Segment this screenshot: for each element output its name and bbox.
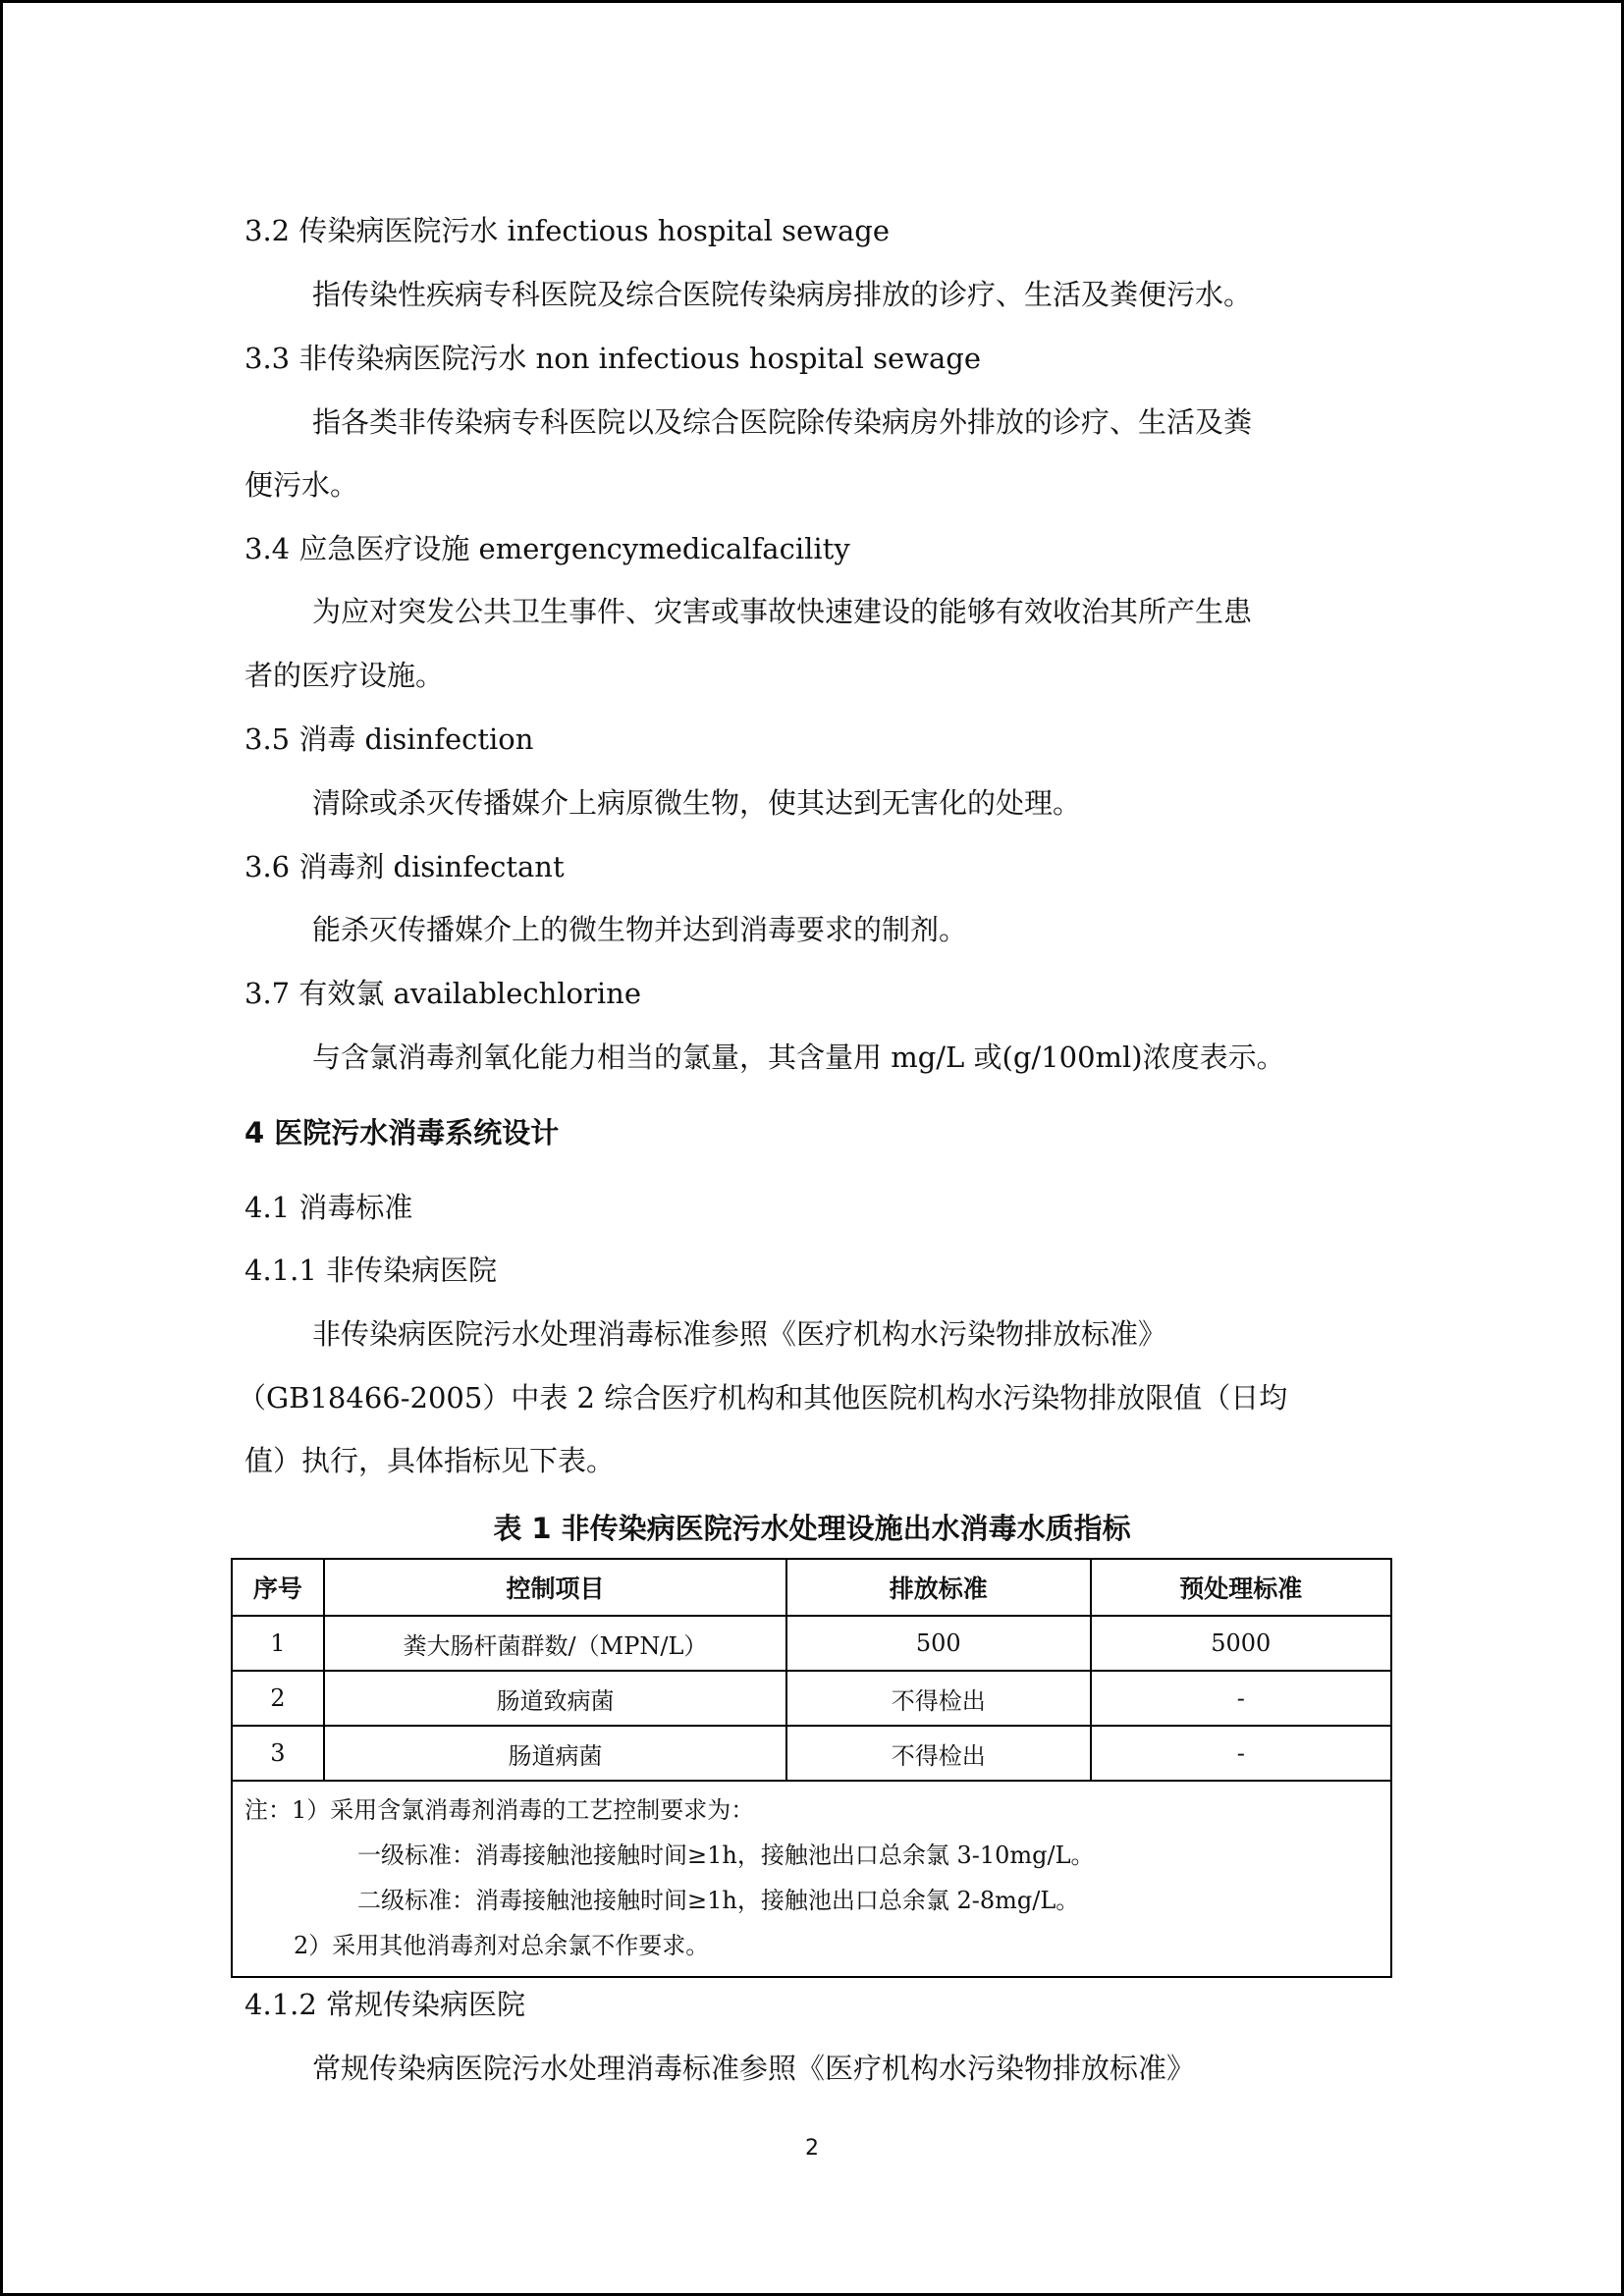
section-3-6-body: 能杀灭传播媒介上的微生物并达到消毒要求的制剂。: [312, 912, 967, 947]
cell-index: 2: [232, 1671, 324, 1726]
section-3-2-title: 3.2 传染病医院污水 infectious hospital sewage: [244, 213, 890, 248]
note-line: 二级标准：消毒接触池接触时间≥1h，接触池出口总余氯 2-8mg/L。: [244, 1878, 1379, 1923]
cell-discharge-standard: 不得检出: [786, 1671, 1090, 1726]
note-line: 一级标准：消毒接触池接触时间≥1h，接触池出口总余氯 3-10mg/L。: [244, 1833, 1379, 1878]
section-3-4-body-line2: 者的医疗设施。: [244, 658, 444, 693]
section-3-6-title: 3.6 消毒剂 disinfectant: [244, 849, 565, 884]
section-3-4-body-line1: 为应对突发公共卫生事件、灾害或事故快速建设的能够有效收治其所产生患: [312, 594, 1252, 629]
section-3-3-body-line2: 便污水。: [244, 467, 358, 503]
section-3-2-body: 指传染性疾病专科医院及综合医院传染病房排放的诊疗、生活及粪便污水。: [312, 277, 1252, 312]
table-header-row: 序号 控制项目 排放标准 预处理标准: [232, 1559, 1391, 1616]
section-4-1-title: 4.1 消毒标准: [244, 1190, 412, 1225]
header-discharge-standard: 排放标准: [786, 1559, 1090, 1616]
table-row: 1 粪大肠杆菌群数/（MPN/L） 500 5000: [232, 1616, 1391, 1671]
cell-pretreatment-standard: 5000: [1091, 1616, 1391, 1671]
section-3-7-body: 与含氯消毒剂氧化能力相当的氯量，其含量用 mg/L 或(g/100ml)浓度表示…: [312, 1040, 1285, 1075]
table-notes: 注：1）采用含氯消毒剂消毒的工艺控制要求为： 一级标准：消毒接触池接触时间≥1h…: [232, 1781, 1391, 1977]
note-line: 注：1）采用含氯消毒剂消毒的工艺控制要求为：: [244, 1788, 1379, 1833]
section-4-1-2-body-line1: 常规传染病医院污水处理消毒标准参照《医疗机构水污染物排放标准》: [312, 2051, 1195, 2086]
table-1-caption: 表 1 非传染病医院污水处理设施出水消毒水质指标: [232, 1507, 1392, 1547]
section-4-1-2-title: 4.1.2 常规传染病医院: [244, 1987, 525, 2022]
section-3-5-body: 清除或杀灭传播媒介上病原微生物，使其达到无害化的处理。: [312, 785, 1081, 821]
page-number: 2: [0, 2136, 1624, 2161]
section-4-1-1-body-line1: 非传染病医院污水处理消毒标准参照《医疗机构水污染物排放标准》: [312, 1316, 1166, 1352]
table-notes-row: 注：1）采用含氯消毒剂消毒的工艺控制要求为： 一级标准：消毒接触池接触时间≥1h…: [232, 1781, 1391, 1977]
header-control-item: 控制项目: [324, 1559, 786, 1616]
section-4-1-1-body-line3: 值）执行，具体指标见下表。: [244, 1443, 615, 1478]
section-4-1-1-title: 4.1.1 非传染病医院: [244, 1253, 497, 1288]
cell-index: 1: [232, 1616, 324, 1671]
section-4-heading: 4 医院污水消毒系统设计: [244, 1115, 559, 1150]
section-3-7-title: 3.7 有效氯 availablechlorine: [244, 976, 641, 1011]
cell-pretreatment-standard: -: [1091, 1671, 1391, 1726]
section-3-3-title: 3.3 非传染病医院污水 non infectious hospital sew…: [244, 341, 981, 376]
cell-control-item: 肠道致病菌: [324, 1671, 786, 1726]
section-3-3-body-line1: 指各类非传染病专科医院以及综合医院除传染病房外排放的诊疗、生活及粪: [312, 404, 1252, 440]
table-row: 3 肠道病菌 不得检出 -: [232, 1726, 1391, 1781]
cell-control-item: 粪大肠杆菌群数/（MPN/L）: [324, 1616, 786, 1671]
cell-index: 3: [232, 1726, 324, 1781]
cell-discharge-standard: 不得检出: [786, 1726, 1090, 1781]
section-3-4-title: 3.4 应急医疗设施 emergencymedicalfacility: [244, 531, 850, 566]
table-row: 2 肠道致病菌 不得检出 -: [232, 1671, 1391, 1726]
cell-control-item: 肠道病菌: [324, 1726, 786, 1781]
cell-pretreatment-standard: -: [1091, 1726, 1391, 1781]
cell-discharge-standard: 500: [786, 1616, 1090, 1671]
note-line: 2）采用其他消毒剂对总余氯不作要求。: [244, 1923, 1379, 1968]
header-index: 序号: [232, 1559, 324, 1616]
header-pretreatment-standard: 预处理标准: [1091, 1559, 1391, 1616]
section-4-1-1-body-line2: （GB18466-2005）中表 2 综合医疗机构和其他医院机构水污染物排放限值…: [238, 1380, 1287, 1415]
section-3-5-title: 3.5 消毒 disinfection: [244, 721, 533, 757]
table-1: 序号 控制项目 排放标准 预处理标准 1 粪大肠杆菌群数/（MPN/L） 500…: [231, 1558, 1392, 1978]
